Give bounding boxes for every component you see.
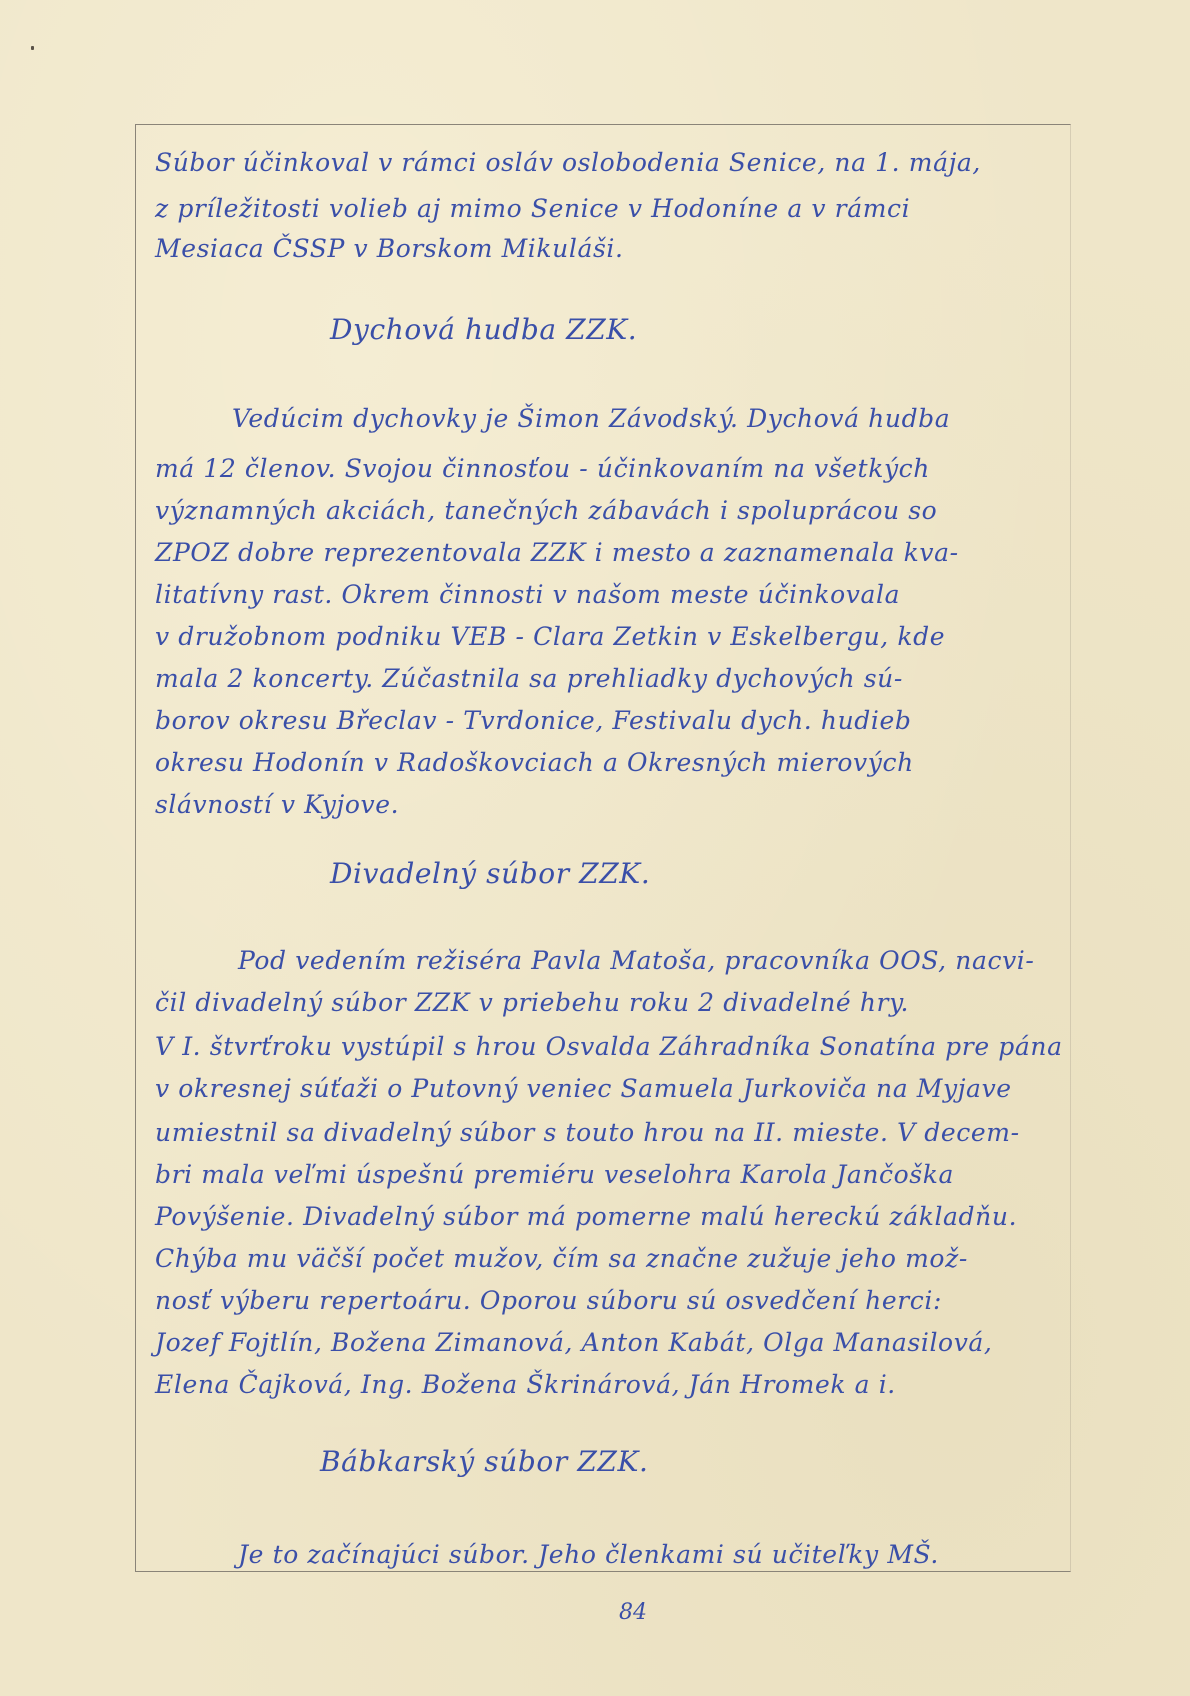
section-heading: Bábkarský súbor ZZK. [320,1448,649,1476]
text-line: Jozef Fojtlín, Božena Zimanová, Anton Ka… [155,1330,992,1355]
text-line: v okresnej súťaži o Putovný veniec Samue… [155,1076,1012,1101]
text-line: Elena Čajková, Ing. Božena Škrinárová, J… [155,1372,896,1397]
text-line: Súbor účinkoval v rámci osláv oslobodeni… [155,150,981,175]
text-line: litatívny rast. Okrem činnosti v našom m… [155,582,900,607]
text-line: ZPOZ dobre reprezentovala ZZK i mesto a … [155,540,959,565]
text-line: okresu Hodonín v Radoškovciach a Okresný… [155,750,914,775]
section-heading: Divadelný súbor ZZK. [330,860,650,888]
text-line: umiestnil sa divadelný súbor s touto hro… [155,1120,1020,1145]
text-line: Je to začínajúci súbor. Jeho členkami sú… [238,1542,939,1567]
text-line: má 12 členov. Svojou činnosťou - účinkov… [155,456,930,481]
text-line: z príležitosti volieb aj mimo Senice v H… [155,196,910,221]
text-line: borov okresu Břeclav - Tvrdonice, Festiv… [155,708,911,733]
text-line: mala 2 koncerty. Zúčastnila sa prehliadk… [155,666,903,691]
text-line: Mesiaca ČSSP v Borskom Mikuláši. [155,236,624,261]
section-heading: Dychová hudba ZZK. [330,316,637,344]
text-line: nosť výberu repertoáru. Oporou súboru sú… [155,1288,942,1313]
text-line: Chýba mu väčší počet mužov, čím sa značn… [155,1246,968,1271]
paper-speck [31,46,34,50]
page-number: 84 [619,1600,647,1625]
text-line: čil divadelný súbor ZZK v priebehu roku … [155,990,909,1015]
text-line: V I. štvrťroku vystúpil s hrou Osvalda Z… [155,1034,1063,1059]
text-line: slávností v Kyjove. [155,792,399,817]
text-line: Pod vedením režiséra Pavla Matoša, praco… [238,948,1034,973]
text-line: Povýšenie. Divadelný súbor má pomerne ma… [155,1204,1017,1229]
text-line: významných akciách, tanečných zábavách i… [155,498,937,523]
text-line: Vedúcim dychovky je Šimon Závodský. Dych… [232,406,950,431]
text-line: v družobnom podniku VEB - Clara Zetkin v… [155,624,945,649]
text-line: bri mala veľmi úspešnú premiéru veselohr… [155,1162,954,1187]
